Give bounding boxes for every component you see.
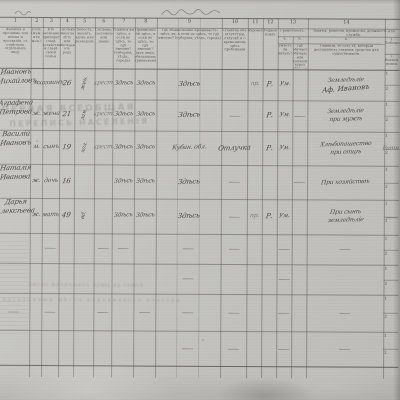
side-slot-number: 1 [385,236,391,241]
cell-registered: Здѣсь [134,68,156,99]
grid-line [73,17,76,377]
cell-religion: пр. [247,69,262,100]
census-sheet-scan: 1 2 3 4 5 6 7 8 9 10 11 12 13 14 Фамилія… [0,0,400,400]
column-header-relation: Кто записанный приходится главѣ хозяйств… [43,28,60,67]
cell-absence: Отлучка [221,131,247,165]
cell-birthplace: Здѣсь [112,164,134,198]
column-number: 5 [75,18,95,27]
cell-absence: — [221,100,247,131]
column-number: 13 [278,19,308,28]
grid-line [220,18,223,378]
cell-estate: крест. [94,68,112,99]
literacy-sub-a-label: а. [278,37,293,43]
cell-literacy-b: — [292,165,307,199]
column-header-marital: Холостъ, женатъ, вдовъ или разведенъ [75,28,95,67]
column-header-religion: Вѣроисповѣданіе [248,29,263,68]
side-slot-number: 1 [385,102,391,107]
side-slot-number: 1 [384,333,390,338]
side-slot-number: 2 [385,184,391,189]
literacy-sub-b-label: б. [293,37,308,43]
cell-literacy: Ум. [277,131,292,165]
occupation-side1-label: 1. Побочныя [385,38,400,53]
grid-line [291,36,294,378]
cell-literacy: — [276,294,291,331]
cell-occupation: — [306,331,383,366]
cell-name: Наталія Иванова [0,164,31,198]
grid-line [155,18,158,378]
column-header-name: Фамилія и прозвище или имена и прозванія… [0,28,31,67]
cell-birthplace: Здѣсь [112,198,134,233]
grid-line [41,17,44,377]
cell-occupation: Хлѣбопашество при отцѣ [307,131,384,165]
cell-residence: Здѣсь [156,69,221,100]
stamp-overlay-line1: ПЕРВАЯ ВСЕОБЩАЯ [1,103,135,116]
cell-name: Дарья Алексѣева [0,198,31,233]
stamp-overlay-line2: ПЕРЕПИСЬ НАСЕЛЕНІЯ [9,117,149,129]
side-slot-number: 2 [385,281,391,286]
cell-absence: — [220,294,246,331]
cell-marital: жен. [74,68,94,99]
cell-absence: — [221,165,247,199]
cell-residence: Здѣсь [156,165,221,199]
cell-occupation: Земледѣліе при мужѣ [307,100,384,131]
cell-residence: — [156,234,221,264]
cell-occupation: При хозяйствѣ [307,165,384,199]
cell-marital: вд. [74,198,94,233]
side-slot-number: 1 [385,201,391,206]
cell-sex: ж. [30,198,42,233]
grid-line [276,18,279,378]
cell-language: Р. [262,131,277,165]
side-slot-number: 2 [385,251,391,256]
cell-occupation: При сынѣ земледѣліе [307,199,384,234]
census-table: 1 2 3 4 5 6 7 8 9 10 11 12 13 14 Фамилія… [0,0,400,400]
grid-line [261,18,264,378]
column-number: 3 [43,18,60,27]
grid-line [58,17,61,377]
grid-line [29,17,32,377]
cell-absence: — [221,199,247,234]
cell-language: Р. [262,69,277,100]
cell-occupation: — [307,234,384,264]
bleed-through-text: населенныя мѣста переписного участка [2,297,181,304]
cell-literacy-b: — [292,100,307,131]
column-header-occupation: Занятія, ремесла, промыслы, должность ил… [308,29,400,36]
cell-religion: пр. [247,199,262,234]
side-slot-number: 2 [385,117,391,122]
occupation-main-text: Главныя, то есть тѣ, которыя доставляютъ… [308,44,385,68]
side-slot-number: 2 [385,218,391,223]
column-number: 8 [135,18,157,27]
cell-name: Ивановъ Михайловъ [0,68,32,99]
side-slot-number: 1 [384,296,390,301]
cell-sex: м. [30,130,42,164]
side-slot-number: 2 [386,86,392,91]
column-number: 11 [248,19,263,28]
cell-registered: Здѣсь [134,198,156,233]
cell-literacy: Ум. [277,69,292,100]
column-number: 14 [308,19,385,28]
cell-absence: — [221,234,247,264]
grid-line [246,18,249,378]
side-slot-number: 1 [385,266,391,271]
side-slot-number: 1 [386,71,392,76]
column-number: 7 [113,18,135,27]
column-number: 10 [222,19,248,28]
cell-estate: крест. [94,130,112,164]
column-header-sex: Полъ (муж. или жен.) [31,28,43,67]
side-slot-number: 2 [385,150,391,155]
cell-birthplace: Здѣсь [112,68,134,99]
cell-literacy: — [277,234,292,264]
side-slot-number: 1 [385,167,391,172]
cell-absence: — [220,331,246,366]
occupation-side2-label: 2. Воинск. повин. [385,55,400,69]
side-slot-number: 2 [384,350,390,355]
grid-line [198,18,201,378]
cell-relation: хозяинъ [42,68,59,99]
cell-sex: ж. [30,164,42,198]
cell-age: 26 [59,68,74,99]
cell-relation: мать [42,198,59,233]
side-slot-number: 1 [385,133,391,138]
column-header-age: Сколько минуло лѣтъ или мѣсяцевъ отъ род… [60,28,75,67]
cell-age: 16 [59,164,74,198]
column-number: 2 [31,18,43,27]
cell-occupation: Земледѣліе Аф. Ивановъ [307,69,384,100]
cell-birthplace: — [112,233,134,263]
cell-name: Василій Ивановъ [0,130,31,164]
cell-residence: — [155,264,220,294]
cell-literacy: Ум. [277,199,292,234]
cell-occupation: — [306,294,383,331]
cell-residence: Здѣсь [156,199,221,234]
column-header-residence: Гдѣ обыкновенно проживаетъ: здѣсь ли, а … [157,29,222,68]
column-number: 6 [95,18,113,27]
cell-relation: — [42,233,59,263]
grid-line [306,18,309,378]
literacy-sub-a-text: умѣетъ ли читать? [278,44,293,68]
cell-estate: — [94,233,112,263]
column-number: 9 [157,19,222,28]
column-header-language: Родной языкъ [263,29,278,68]
occupation-sub-a-label: а. [308,37,385,43]
cell-marital: хол. [74,130,94,164]
column-header-literacy: Грамотность. [278,29,308,36]
cell-language: Р. [262,199,277,234]
grid-line [133,17,136,377]
cell-residence: Кубан. обл. [156,131,221,165]
handwriting-squiggle [160,6,222,19]
cell-literacy: Ум. [277,100,292,131]
cell-age: 49 [59,198,74,233]
handwriting-squiggle [14,9,32,17]
bleed-through-text: число наличныхъ душъ въ семьѣ [28,282,144,288]
column-number: 4 [60,18,75,27]
column-header-birthplace: Родился ли здѣсь, а если не здѣсь, то гд… [113,28,135,67]
grid-line [111,17,114,377]
cell-relation: сынъ [42,130,59,164]
bleed-through-texture [0,238,28,334]
column-header-registered: Приписанъ ли здѣсь, а если не здѣсь, то … [135,28,157,67]
cell-sex: м. [30,68,42,99]
cell-literacy: — [276,331,291,366]
cell-birthplace: Здѣсь [112,130,134,164]
column-header-estate: Сословіе, состояніе или званіе [95,28,113,67]
column-header-absence: Отмѣтка объ отсутствіи, отлучкѣ и о врем… [222,29,248,68]
cell-language: Р. [262,100,277,131]
cell-registered: Здѣсь [134,164,156,198]
cell-residence: — [155,331,220,366]
side-slot-number: 2 [384,314,390,319]
cell-literacy: — [276,264,291,294]
column-number: 1 [0,18,31,27]
grid-line [176,18,179,378]
cell-age: 19 [59,130,74,164]
literacy-sub-b-text: гдѣ обучается, обучался или кончилъ курс… [293,44,308,68]
cell-residence: Здѣсь [156,100,221,131]
grid-line [93,17,96,377]
cell-registered: Здѣсь [134,130,156,164]
column-number: 12 [263,19,278,28]
cell-relation: дочь [42,164,59,198]
